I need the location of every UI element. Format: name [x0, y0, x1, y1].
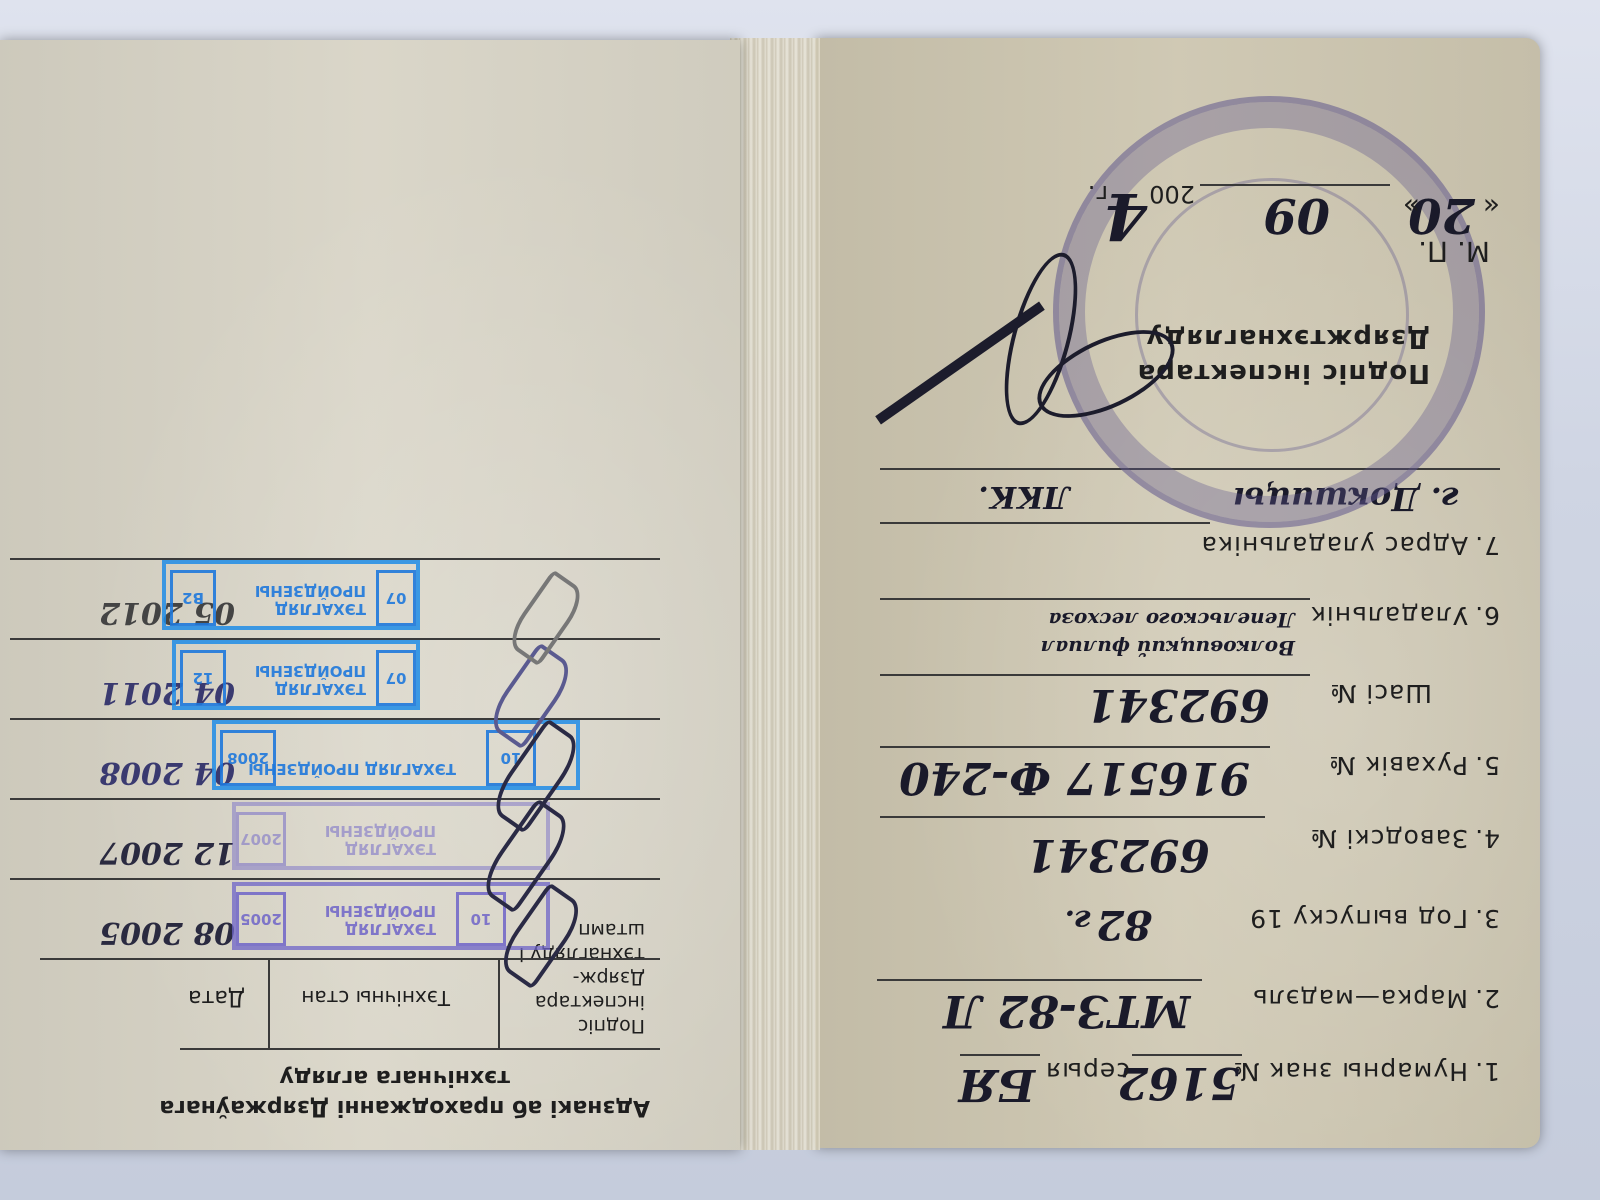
inspection-page: Адзнакі аб праходжанні Дзяржаўнага тэхні… [0, 40, 740, 1150]
row-1-stamp-code: 2005 [236, 892, 286, 946]
field-5-label: Рухавік № [1328, 751, 1468, 780]
date-month: 09 [1263, 187, 1330, 243]
year-suffix: г. [1065, 903, 1092, 938]
table-top-rule [180, 1048, 660, 1050]
row-4-stamp-code: 12 [180, 650, 226, 706]
date-year-label: г. [1088, 180, 1108, 208]
owner-value-line1: Волковицкий филиал [1041, 636, 1295, 660]
address-underline-1 [880, 522, 1210, 524]
field-5-number: 5. [1474, 751, 1500, 780]
column-header-status: Тэхнічны стан [301, 986, 450, 1010]
field-6-number: 6. [1474, 601, 1500, 630]
field-7-number: 7. [1474, 531, 1500, 560]
owner-underline [880, 598, 1310, 600]
inspector-signature-label-line1: Подпіс інспектара [1137, 358, 1430, 388]
field-4-number: 4. [1474, 824, 1500, 853]
date-month-underline [1200, 184, 1390, 186]
field-2-number: 2. [1474, 984, 1500, 1013]
engine-number-underline [880, 746, 1270, 748]
row-2-stamp-code: 2007 [236, 812, 286, 866]
field-4-label: Заводскі № [1310, 824, 1468, 853]
row-5-stamp-num: 07 [376, 570, 416, 626]
owner-address-extra: ЛКК. [978, 479, 1070, 514]
make-model-underline [877, 979, 1202, 981]
column-divider-2 [268, 960, 270, 1050]
field-1-number: 1. [1474, 1057, 1500, 1086]
row-1-date: 08 2005 [99, 915, 235, 950]
field-3-number: 3. [1474, 904, 1500, 933]
chassis-number-underline [880, 674, 1310, 676]
engine-number-value: 916517 Ф-240 [899, 752, 1250, 803]
factory-number-underline [880, 816, 1265, 818]
inspection-title-line1: Адзнакі аб праходжанні Дзяржаўнага [159, 1095, 650, 1120]
field-6-label: Уладальнік [1310, 601, 1468, 630]
booklet-spine [730, 38, 820, 1150]
chassis-label: Шасі № [1329, 679, 1432, 708]
row-3-stamp-code: 2008 [220, 730, 276, 786]
year-value: 82 [1096, 901, 1152, 948]
inspector-signature-label-line2: Дзяржтэхнагляду [1146, 323, 1430, 353]
series-label: серыя [1045, 1057, 1130, 1086]
inspection-title-line2: тэхнічнага агляду [279, 1065, 510, 1090]
field-7-label: Адрас уладальніка [1201, 531, 1468, 560]
official-round-seal [1053, 96, 1485, 528]
row-4-stamp-num: 07 [376, 650, 416, 706]
row-5-stamp-code: В2 [170, 570, 216, 626]
vehicle-passport-booklet: 1. Нумарны знак № 5162 серыя БЯ 2. Марка… [0, 0, 1600, 1200]
plate-number-underline [1132, 1054, 1242, 1056]
row-2-date: 12 2007 [99, 835, 235, 870]
make-model-value: МТЗ-82 Л [943, 985, 1190, 1036]
row-5-inspector-signature [503, 569, 590, 666]
series-underline [960, 1054, 1040, 1056]
row-rule-1 [10, 878, 660, 880]
factory-number-value: 692341 [1026, 829, 1210, 880]
row-4-inspection-stamp: ТЭХАГЛЯД ПРОЙДЗЕНЫ 12 07 [172, 640, 420, 710]
plate-number-value: 5162 [1118, 1057, 1240, 1108]
date-open-quote: « [1483, 190, 1500, 223]
series-value: БЯ [959, 1059, 1035, 1110]
row-5-inspection-stamp: ТЭХАГЛЯД ПРОЙДЗЕНЫ В2 07 [162, 560, 420, 630]
field-3-label: Год выпуску 19 [1249, 904, 1468, 933]
date-year-suffix: 4 [1103, 178, 1148, 253]
row-3-stamp-text: ТЭХАГЛЯД ПРОЙДЗЕНЫ [248, 760, 456, 778]
date-year-prefix: 200 [1149, 180, 1195, 208]
date-close-quote: » [1403, 190, 1420, 223]
table-header-rule [40, 958, 660, 960]
column-header-date: Дата [188, 985, 245, 1010]
owner-page: 1. Нумарны знак № 5162 серыя БЯ 2. Марка… [815, 38, 1540, 1148]
field-2-label: Марка—мадэль [1252, 984, 1468, 1013]
chassis-number-value: 692341 [1086, 679, 1270, 730]
column-divider-1 [498, 960, 500, 1050]
row-rule-2 [10, 798, 660, 800]
field-1-label: Нумарны знак № [1232, 1057, 1468, 1086]
owner-value-line2: Лепельского лесхоза [1048, 608, 1295, 632]
